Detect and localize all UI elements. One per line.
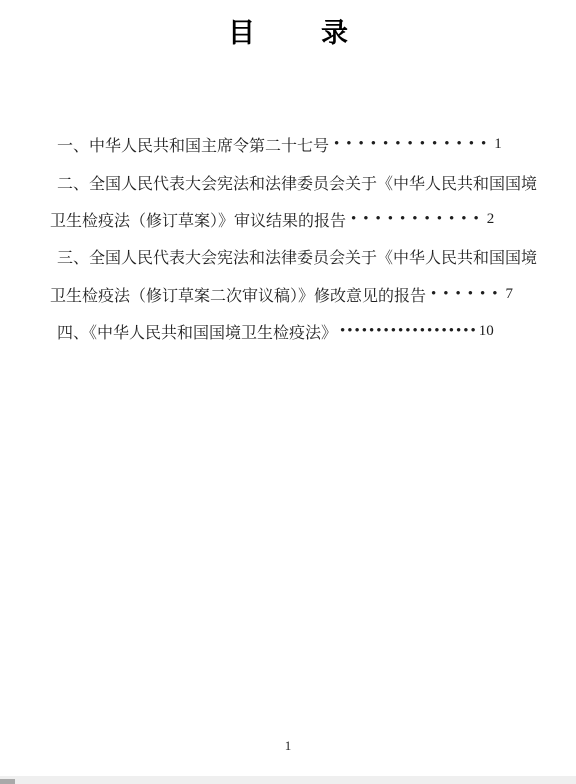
document-page: 目 录 一、中华人民共和国主席令第二十七号 ••••••••••••• 1 二、… xyxy=(0,0,576,784)
toc-line-4: 三、全国人民代表大会宪法和法律委员会关于《中华人民共和国国境 xyxy=(50,238,546,275)
dot-leader: ••••••••••••• xyxy=(334,136,493,153)
toc-page-number: 2 xyxy=(487,211,495,228)
page-title: 目 录 xyxy=(0,17,576,49)
toc-line-1: 一、中华人民共和国主席令第二十七号 ••••••••••••• 1 xyxy=(50,126,546,163)
table-of-contents: 一、中华人民共和国主席令第二十七号 ••••••••••••• 1 二、全国人民… xyxy=(50,126,546,350)
toc-page-number: 10 xyxy=(479,323,494,340)
dot-leader: ••••••••••••••••••• xyxy=(340,323,478,340)
toc-entry-text: 卫生检疫法（修订草案）》审议结果的报告 xyxy=(50,208,346,231)
toc-page-number: 1 xyxy=(494,136,502,153)
toc-line-6: 四、《中华人民共和国国境卫生检疫法》 ••••••••••••••••••• 1… xyxy=(50,313,546,350)
toc-line-3: 卫生检疫法（修订草案）》审议结果的报告 ••••••••••• 2 xyxy=(50,201,546,238)
page-title-char-1: 目 xyxy=(228,17,255,49)
toc-page-number: 7 xyxy=(506,286,514,303)
toc-entry-text: 二、全国人民代表大会宪法和法律委员会关于《中华人民共和国国境 xyxy=(57,171,537,194)
toc-entry-text: 三、全国人民代表大会宪法和法律委员会关于《中华人民共和国国境 xyxy=(57,245,537,268)
toc-line-2: 二、全国人民代表大会宪法和法律委员会关于《中华人民共和国国境 xyxy=(50,163,546,200)
toc-entry-text: 四、《中华人民共和国国境卫生检疫法》 xyxy=(57,320,337,343)
toc-entry-text: 卫生检疫法（修订草案二次审议稿）》修改意见的报告 xyxy=(50,283,426,306)
footer-page-number: 1 xyxy=(0,738,576,754)
dot-leader: •••••• xyxy=(431,286,505,303)
dot-leader: ••••••••••• xyxy=(351,211,486,228)
scan-edge-strip xyxy=(0,776,576,784)
toc-entry-text: 一、中华人民共和国主席令第二十七号 xyxy=(57,133,329,156)
scan-corner-mark xyxy=(0,779,15,784)
page-title-char-2: 录 xyxy=(321,17,348,49)
toc-line-5: 卫生检疫法（修订草案二次审议稿）》修改意见的报告 •••••• 7 xyxy=(50,276,546,313)
